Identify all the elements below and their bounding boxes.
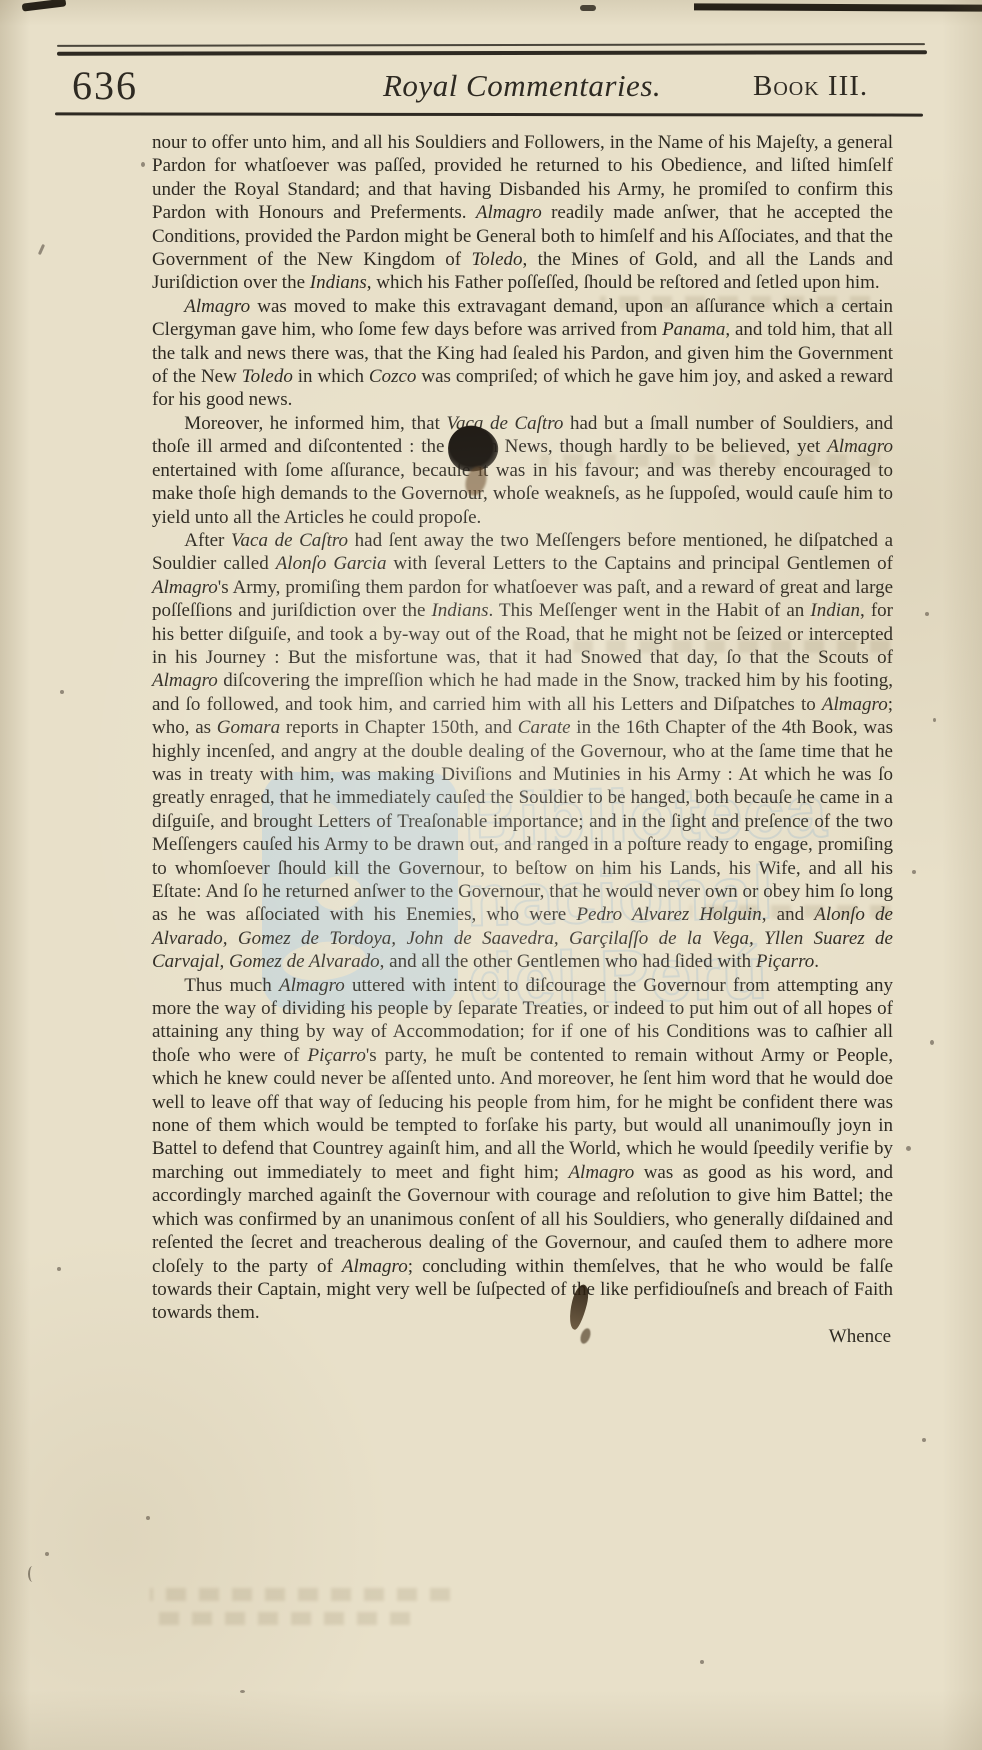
body-text-run: reports in Chapter 150th, and <box>280 717 518 738</box>
body-text-run: , and all the other Gentlemen who had ſi… <box>380 951 756 972</box>
body-text-run: . This Meſſenger went in the Habit of an <box>488 600 810 621</box>
book-label: Book III. <box>753 70 868 103</box>
paragraph: Thus much Almagro uttered with intent to… <box>152 974 893 1325</box>
paper-speck <box>57 1267 61 1271</box>
italic-text: Almagro <box>476 202 542 223</box>
header-rule-top-thin <box>57 43 925 47</box>
book-page: Biblioteca nacional del Perú 636 Royal C… <box>0 0 982 1750</box>
italic-text: Alonſo Garcia <box>276 553 387 574</box>
body-text-run: in which <box>293 366 369 387</box>
body-text-run: diſcovering the impreſſion which he had … <box>152 670 893 714</box>
italic-text: Piçarro <box>307 1045 365 1066</box>
italic-text: Toledo <box>242 366 293 387</box>
body-text-run: , which his Father poſſeſſed, ſhould be … <box>367 272 880 293</box>
header-rule-bottom <box>55 112 923 116</box>
paper-speck <box>906 1146 911 1151</box>
italic-text: Panama <box>662 319 725 340</box>
italic-text: Gomara <box>217 717 280 738</box>
paper-speck <box>933 718 936 722</box>
italic-text: Almagro <box>822 694 888 715</box>
body-text-run: Thus much <box>184 975 279 996</box>
header-rule-top-thick <box>57 50 927 56</box>
paper-speck <box>60 690 64 694</box>
paper-speck <box>925 612 929 616</box>
paper-speck <box>912 870 916 874</box>
bleedthrough-text <box>150 1588 450 1601</box>
paragraph: After Vaca de Caſtro had ſent away the t… <box>152 529 893 974</box>
scan-edge-mark <box>694 3 982 11</box>
body-text-run: entertained with ſome aſſurance, becauſe… <box>152 460 893 528</box>
bleedthrough-text <box>150 1612 410 1625</box>
italic-text: Cozco <box>369 366 417 387</box>
paper-speck <box>240 1690 245 1693</box>
scan-edge-mark <box>580 5 596 11</box>
body-text-run: Moreover, he informed him, that <box>184 413 446 434</box>
paper-speck <box>141 162 145 167</box>
paper-speck <box>146 1516 150 1520</box>
italic-text: Piçarro <box>756 951 814 972</box>
italic-text: Indian <box>810 600 860 621</box>
paragraph: Almagro was moved to make this extravaga… <box>152 295 893 412</box>
italic-text: Almagro <box>279 975 345 996</box>
paragraph: Moreover, he informed him, that Vaca de … <box>152 412 893 529</box>
paper-speck <box>922 1438 926 1442</box>
italic-text: Indians <box>431 600 488 621</box>
catchword: Whence <box>152 1325 893 1348</box>
italic-text: Almagro <box>152 577 218 598</box>
body-text-run: , and <box>762 904 815 925</box>
italic-text: Indians <box>310 272 367 293</box>
italic-text: Almagro <box>568 1162 634 1183</box>
paper-speck <box>45 1552 49 1556</box>
body-text-run: with ſeveral Letters to the Captains and… <box>386 553 893 574</box>
body-text-run: . <box>814 951 819 972</box>
italic-text: Almagro <box>342 1256 408 1277</box>
italic-text: Vaca de Caſtro <box>231 530 348 551</box>
margin-parenthesis-mark <box>28 1566 37 1582</box>
body-text: nour to offer unto him, and all his Soul… <box>152 131 893 1348</box>
italic-text: Almagro <box>184 296 250 317</box>
paper-speck <box>700 1660 704 1664</box>
running-title: Royal Commentaries. <box>383 68 661 104</box>
italic-text: Almagro <box>827 436 893 457</box>
body-text-run: After <box>184 530 231 551</box>
paper-speck <box>38 244 45 255</box>
scan-edge-mark <box>22 0 67 12</box>
italic-text: Almagro <box>152 670 218 691</box>
italic-text: Pedro Alvarez Holguin <box>576 904 761 925</box>
paragraph: nour to offer unto him, and all his Soul… <box>152 131 893 295</box>
page-number: 636 <box>72 62 138 109</box>
italic-text: Toledo <box>471 249 522 270</box>
paper-speck <box>930 1040 934 1045</box>
body-text-run: in the 16th Chapter of the 4th Book, was… <box>152 717 893 925</box>
italic-text: Carate <box>518 717 571 738</box>
